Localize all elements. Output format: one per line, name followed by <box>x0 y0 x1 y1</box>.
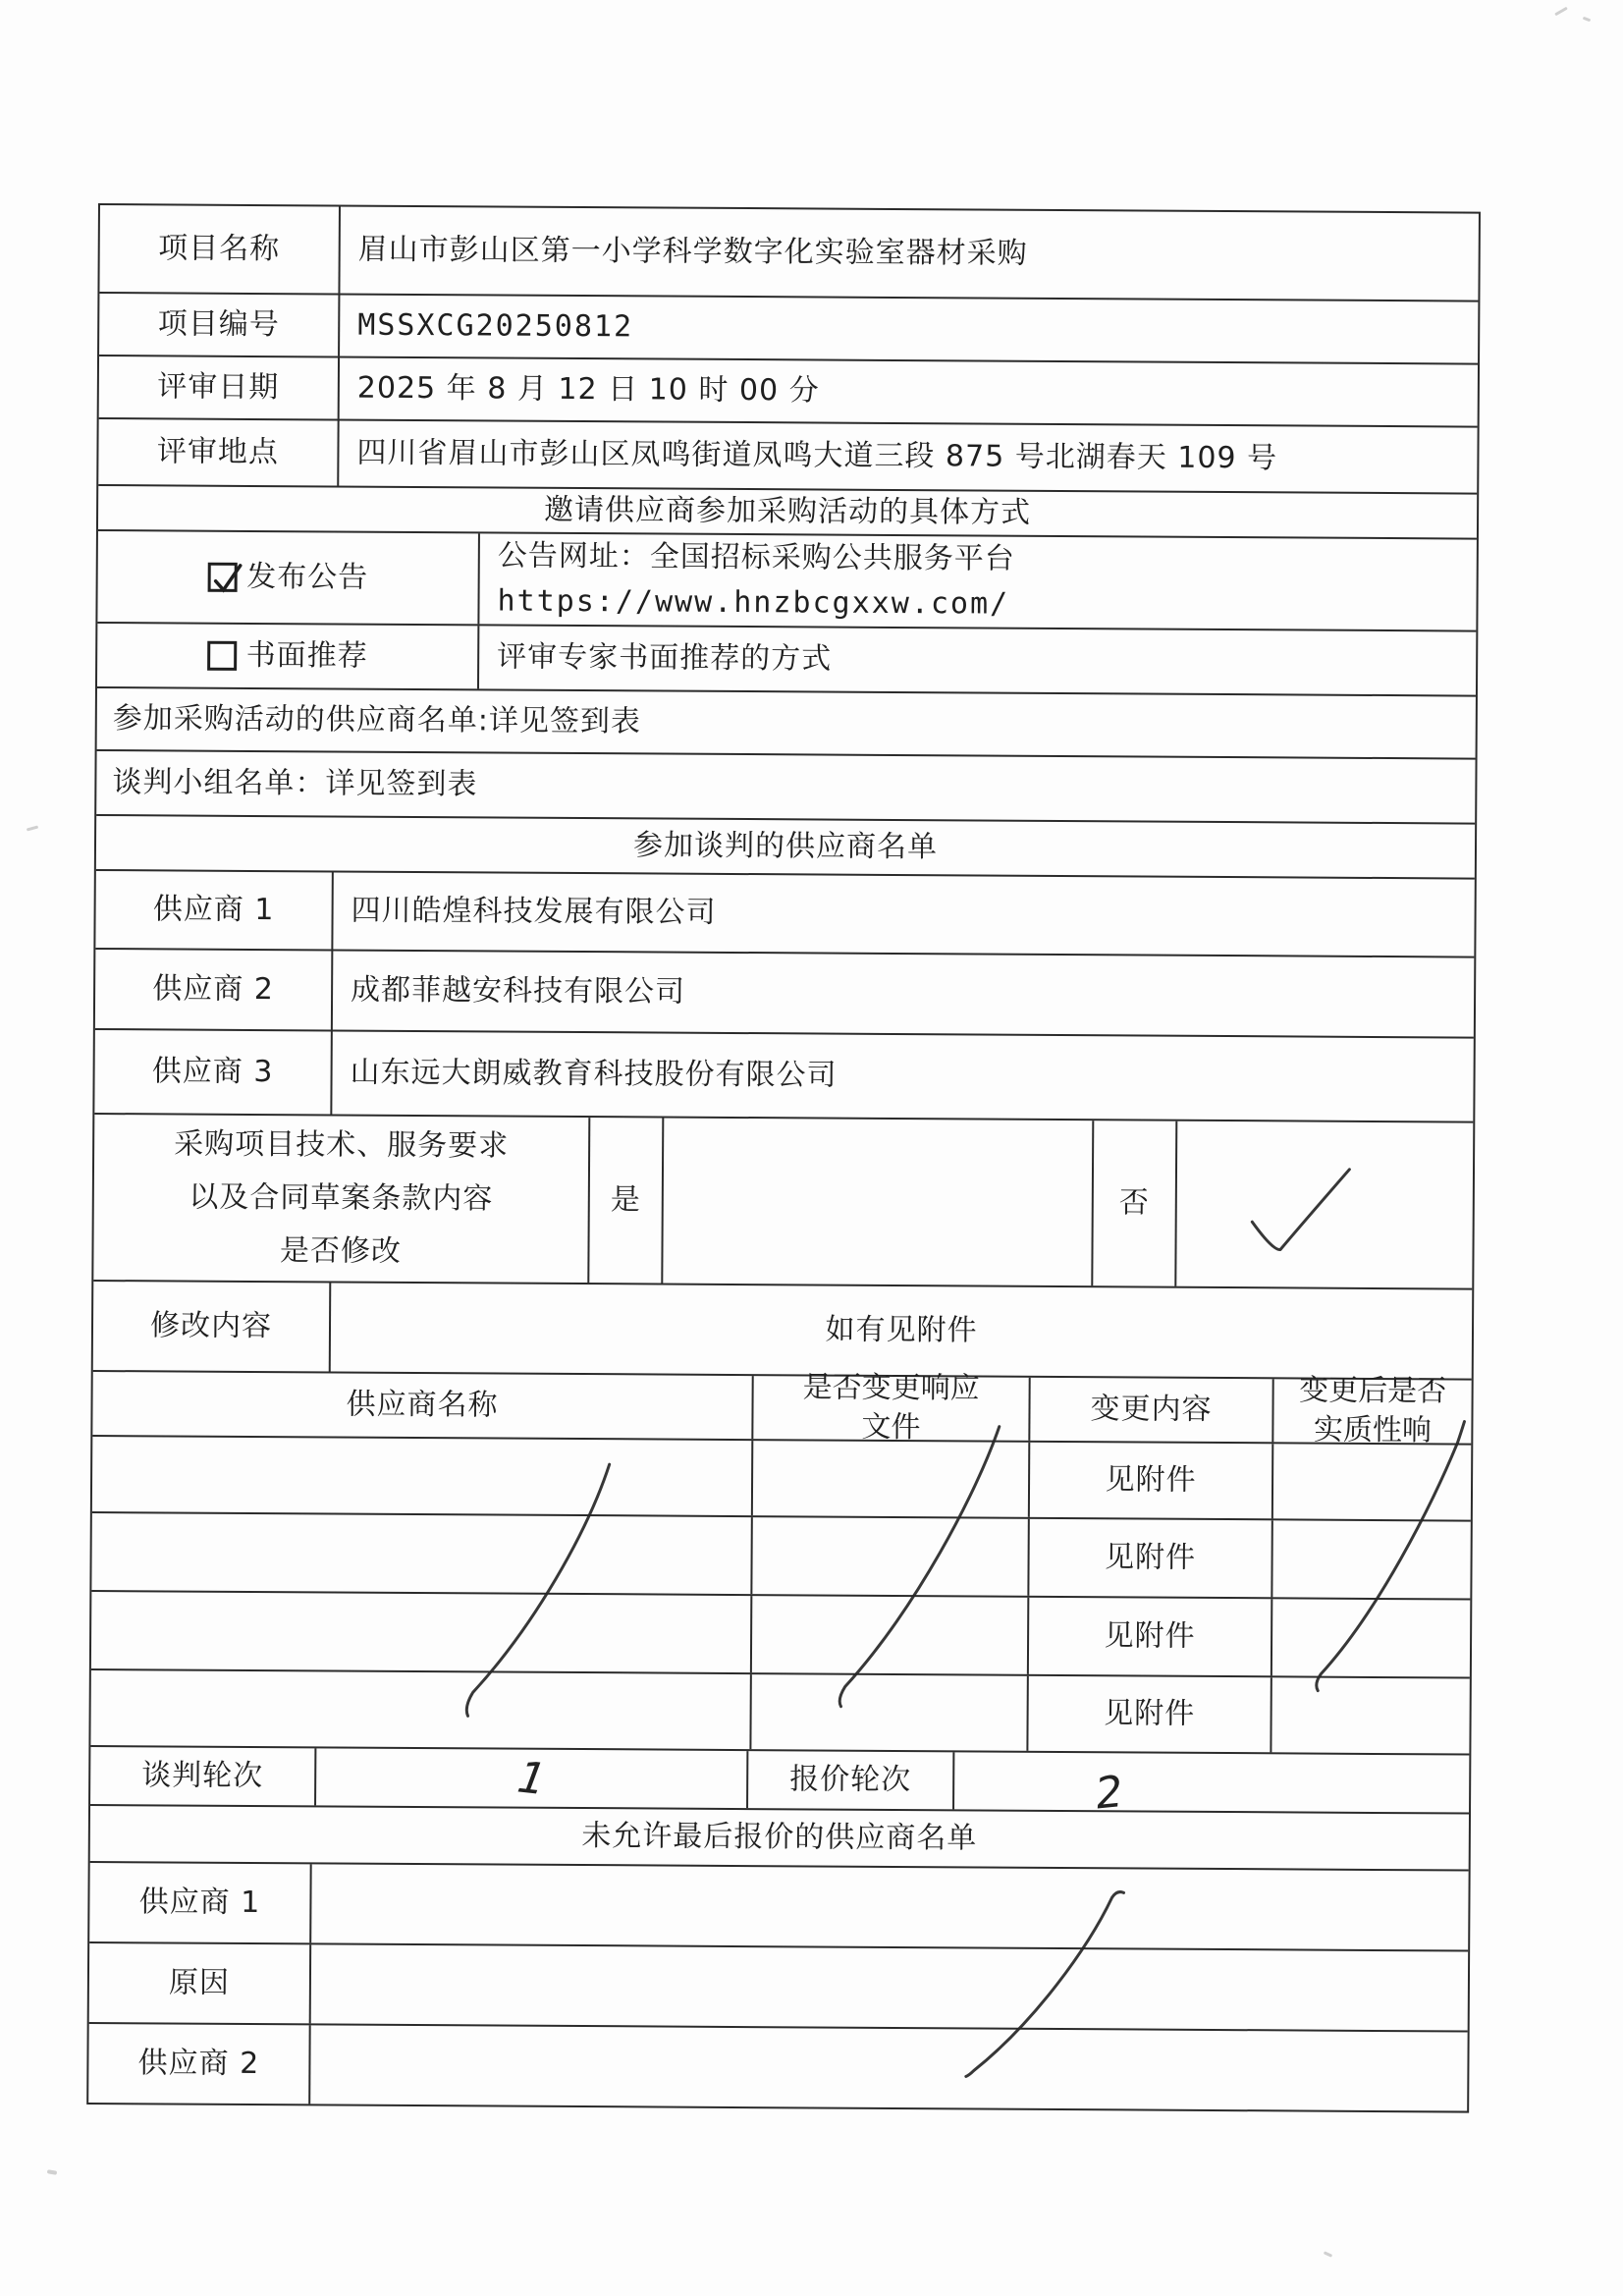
row-invitation-header: 邀请供应商参加采购活动的具体方式 <box>98 484 1477 538</box>
review-date-label: 评审日期 <box>99 356 338 418</box>
participants-note: 参加采购活动的供应商名单:详见签到表 <box>97 688 1476 758</box>
review-location-value: 四川省眉山市彭山区凤鸣街道凤鸣大道三段 875 号北湖春天 109 号 <box>337 420 1477 492</box>
row-review-date: 评审日期 2025 年 8 月 12 日 10 时 00 分 <box>99 355 1478 426</box>
row-project-name: 项目名称 眉山市彭山区第一小学科学数字化实验室器材采购 <box>99 205 1479 301</box>
option-announcement-detail: 公告网址：全国招标采购公共服务平台 https://www.hnzbcgxxw.… <box>477 533 1477 629</box>
option-announcement-label: 发布公告 <box>246 558 368 598</box>
row-negotiation-header: 参加谈判的供应商名单 <box>96 814 1475 878</box>
quote-rounds-value: 2 <box>952 1752 1469 1812</box>
no-final-quote-reason-value <box>309 1944 1468 2030</box>
change-row-3-supplier <box>91 1592 750 1672</box>
option-written-recommendation: 书面推荐 <box>97 624 477 688</box>
review-location-label: 评审地点 <box>98 419 337 485</box>
modification-content-label: 修改内容 <box>93 1282 330 1371</box>
change-row-2-content: 见附件 <box>1027 1519 1271 1598</box>
row-modification-content: 修改内容 如有见附件 <box>93 1280 1473 1379</box>
change-row-1-file <box>751 1441 1028 1517</box>
option-written-recommendation-label: 书面推荐 <box>246 636 368 677</box>
row-participants-note: 参加采购活动的供应商名单:详见签到表 <box>97 686 1476 758</box>
no-final-quote-supplier-1-value <box>309 1864 1468 1949</box>
change-row-2-substantive <box>1271 1520 1470 1598</box>
project-number-value: MSSXCG20250812 <box>338 295 1478 362</box>
change-header-substantive: 变更后是否实质性响 <box>1271 1379 1471 1443</box>
change-row-3-file <box>750 1596 1027 1674</box>
project-name-label: 项目名称 <box>99 205 339 293</box>
change-table-row-3: 见附件 <box>91 1590 1470 1677</box>
row-option-announcement: 发布公告 公告网址：全国招标采购公共服务平台 https://www.hnzbc… <box>97 529 1477 630</box>
change-row-4-file <box>749 1674 1026 1751</box>
announcement-site-text: 公告网址：全国招标采购公共服务平台 <box>498 533 1015 581</box>
invitation-section-header: 邀请供应商参加采购活动的具体方式 <box>98 486 1477 538</box>
change-row-1-substantive <box>1271 1444 1471 1519</box>
no-final-quote-supplier-2-value <box>308 2025 1467 2110</box>
change-row-2-supplier <box>91 1513 750 1594</box>
modification-content-value: 如有见附件 <box>329 1283 1473 1378</box>
scan-artifact <box>27 825 38 831</box>
row-no-final-quote-header: 未允许最后报价的供应商名单 <box>90 1804 1469 1870</box>
quote-rounds-label: 报价轮次 <box>746 1751 952 1809</box>
change-row-4-content: 见附件 <box>1026 1676 1270 1753</box>
negotiation-rounds-value: 1 <box>314 1748 746 1808</box>
evaluation-form-table: 项目名称 眉山市彭山区第一小学科学数字化实验室器材采购 项目编号 MSSXCG2… <box>86 203 1481 2113</box>
row-no-final-quote-reason: 原因 <box>89 1941 1468 2031</box>
row-option-written-recommendation: 书面推荐 评审专家书面推荐的方式 <box>97 622 1476 695</box>
no-final-quote-supplier-2-label: 供应商 2 <box>88 2024 308 2104</box>
row-project-number: 项目编号 MSSXCG20250812 <box>99 292 1478 363</box>
project-number-label: 项目编号 <box>99 294 338 355</box>
supplier-2-name: 成都菲越安科技有限公司 <box>331 951 1474 1036</box>
modification-no-answer-cell <box>1174 1121 1473 1288</box>
supplier-3-name: 山东远大朗威教育科技股份有限公司 <box>330 1031 1473 1121</box>
modification-yes-answer-cell <box>661 1119 1092 1286</box>
supplier-3-label: 供应商 3 <box>94 1030 331 1114</box>
change-table-row-4: 见附件 <box>90 1668 1469 1754</box>
option-written-recommendation-detail: 评审专家书面推荐的方式 <box>477 626 1476 694</box>
supplier-1-label: 供应商 1 <box>95 871 331 949</box>
scan-artifact <box>1324 2251 1332 2258</box>
row-supplier-2: 供应商 2 成都菲越安科技有限公司 <box>95 948 1474 1037</box>
change-row-2-file <box>750 1517 1027 1596</box>
scanned-document-page: { "colors": { "paper": "#fdfdfd", "ink":… <box>0 0 1623 2296</box>
check-glyph <box>208 560 243 597</box>
row-modification-question: 采购项目技术、服务要求 以及合同草案条款内容 是否修改 是 否 <box>93 1113 1473 1288</box>
row-panel-note: 谈判小组名单：详见签到表 <box>96 749 1475 823</box>
checked-checkbox-icon <box>207 563 237 592</box>
no-final-quote-header: 未允许最后报价的供应商名单 <box>90 1806 1469 1870</box>
project-name-value: 眉山市彭山区第一小学科学数字化实验室器材采购 <box>338 206 1479 300</box>
announcement-url-text: https://www.hnzbcgxxw.com/ <box>497 578 1014 627</box>
panel-note: 谈判小组名单：详见签到表 <box>96 751 1475 823</box>
handwritten-quote-rounds: 2 <box>1094 1766 1125 1819</box>
supplier-1-name: 四川皓煌科技发展有限公司 <box>331 872 1474 956</box>
row-change-table-header: 供应商名称 是否变更响应文件 变更内容 变更后是否实质性响 <box>92 1370 1471 1444</box>
scan-artifact <box>1583 17 1592 23</box>
change-row-4-substantive <box>1270 1677 1469 1753</box>
change-row-1-content: 见附件 <box>1028 1443 1271 1519</box>
row-no-final-quote-supplier-1: 供应商 1 <box>89 1861 1468 1950</box>
no-final-quote-reason-label: 原因 <box>89 1943 309 2023</box>
row-review-location: 评审地点 四川省眉山市彭山区凤鸣街道凤鸣大道三段 875 号北湖春天 109 号 <box>98 417 1477 493</box>
modification-yes-label: 是 <box>587 1118 662 1283</box>
modification-no-label: 否 <box>1091 1121 1175 1286</box>
change-header-change-content: 变更内容 <box>1028 1378 1271 1443</box>
empty-checkbox-icon <box>207 641 237 671</box>
modification-question: 采购项目技术、服务要求 以及合同草案条款内容 是否修改 <box>93 1115 588 1283</box>
negotiation-section-header: 参加谈判的供应商名单 <box>96 816 1475 878</box>
change-table-row-1: 见附件 <box>92 1435 1471 1520</box>
modification-question-line-1: 采购项目技术、服务要求 <box>94 1118 588 1174</box>
modification-question-line-3: 是否修改 <box>93 1224 587 1280</box>
option-announcement: 发布公告 <box>97 531 478 624</box>
handwritten-negotiation-rounds: 1 <box>509 1753 554 1804</box>
row-supplier-1: 供应商 1 四川皓煌科技发展有限公司 <box>95 869 1474 957</box>
change-header-change-file: 是否变更响应文件 <box>751 1376 1028 1441</box>
change-row-3-substantive <box>1271 1599 1470 1676</box>
row-supplier-3: 供应商 3 山东远大朗威教育科技股份有限公司 <box>94 1028 1473 1121</box>
change-row-1-supplier <box>92 1437 751 1515</box>
modification-question-line-2: 以及合同草案条款内容 <box>94 1171 588 1227</box>
row-rounds: 谈判轮次 1 报价轮次 2 <box>90 1745 1469 1813</box>
no-final-quote-supplier-1-label: 供应商 1 <box>89 1863 309 1942</box>
review-date-value: 2025 年 8 月 12 日 10 时 00 分 <box>338 357 1478 425</box>
change-header-supplier-name: 供应商名称 <box>92 1372 751 1439</box>
scan-artifact <box>1554 7 1568 17</box>
supplier-2-label: 供应商 2 <box>95 950 331 1029</box>
change-table-row-2: 见附件 <box>91 1511 1470 1599</box>
negotiation-rounds-label: 谈判轮次 <box>90 1747 314 1805</box>
scan-artifact <box>854 251 859 255</box>
scan-artifact <box>47 2169 58 2175</box>
change-row-3-content: 见附件 <box>1027 1598 1271 1676</box>
row-no-final-quote-supplier-2: 供应商 2 <box>88 2022 1467 2111</box>
change-row-4-supplier <box>90 1670 749 1749</box>
